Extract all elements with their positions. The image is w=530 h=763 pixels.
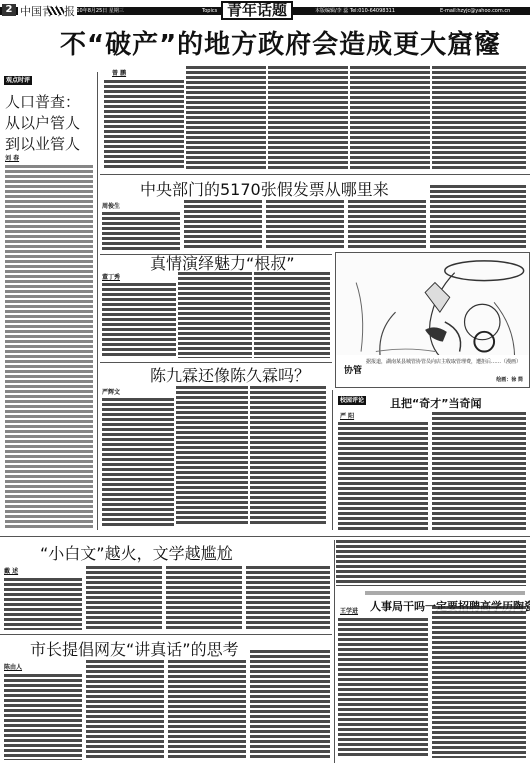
column-divider <box>332 390 333 530</box>
sidebar-title-line: 人口普查： <box>5 92 95 113</box>
sidebar-title-line: 从以户管人 <box>5 113 95 134</box>
masthead: 2 中国青年报 2010年8月25日 星期三 Topics 青年话题 本版编辑/… <box>0 4 530 16</box>
article-headline: “小白文”越火，文学越尴尬 <box>40 544 233 564</box>
sidebar-body <box>5 165 93 530</box>
lead-headline: 不“破产”的地方政府会造成更大窟窿 <box>60 30 530 60</box>
section-divider <box>100 174 530 175</box>
article-body <box>86 660 164 760</box>
article-author: 周俊生 <box>102 203 120 211</box>
article-body <box>168 660 246 760</box>
article-author: 董丁秀 <box>102 274 120 282</box>
sidebar-author: 刘 春 <box>5 155 19 163</box>
lead-body-col1 <box>104 80 184 170</box>
article-body <box>338 618 428 758</box>
column-divider <box>97 72 98 530</box>
column-headline: 且把“奇才”当奇闻 <box>390 397 481 411</box>
sidebar-title-line: 到以业管人 <box>5 134 95 155</box>
decorative-hatch <box>48 7 64 15</box>
lead-body-col2 <box>186 66 266 170</box>
article-author: 陈由人 <box>4 664 22 672</box>
article-headline: 市长提倡网友“讲真话”的思考 <box>30 640 239 660</box>
article-headline: 真情演绎魅力“根叔” <box>150 254 295 274</box>
section-divider <box>0 536 530 537</box>
article-body <box>166 566 242 630</box>
article-author: 戴 述 <box>4 568 18 576</box>
lead-body-col5 <box>432 66 526 170</box>
article-body <box>176 386 248 526</box>
sidebar-title: 人口普查： 从以户管人 到以业管人 <box>5 92 95 155</box>
article-author: 王学进 <box>340 608 358 616</box>
section-divider <box>0 634 332 635</box>
article-headline: 陈九霖还像陈久霖吗？ <box>150 366 310 386</box>
lead-body-col4 <box>350 66 430 170</box>
article-body <box>4 674 82 760</box>
section-divider <box>100 362 332 363</box>
decorative-rule <box>365 591 525 595</box>
column-body <box>338 422 428 530</box>
column-author: 严 阳 <box>340 413 354 421</box>
article-body <box>184 200 262 250</box>
sidebar-tag: 观点时评 <box>4 76 32 85</box>
section-title: 青年话题 <box>221 1 293 20</box>
article-body <box>250 386 326 526</box>
article-body <box>336 540 526 586</box>
cartoon-credit: 绘画：徐 简 <box>496 376 523 383</box>
article-body <box>178 272 252 358</box>
article-body <box>246 566 330 630</box>
article-body <box>4 578 82 630</box>
article-body <box>250 650 330 760</box>
article-author: 严辉文 <box>102 389 120 397</box>
cartoon-caption: 协管 据报道，湖南某县城管协管员向店主收取管理费，遭拒后……（漫画） 绘画：徐 … <box>335 355 530 388</box>
article-body <box>430 185 526 250</box>
article-body <box>348 200 426 250</box>
article-body <box>102 212 180 250</box>
article-body <box>432 606 526 758</box>
cartoon-label: 协管 <box>344 363 362 376</box>
article-body <box>102 283 176 358</box>
article-body <box>102 398 174 526</box>
lead-body-col3 <box>268 66 348 170</box>
column-tag: 校园评论 <box>338 396 366 405</box>
date-line: 2010年8月25日 星期三 <box>70 7 124 15</box>
cartoon-caption-text: 据报道，湖南某县城管协管员向店主收取管理费，遭拒后……（漫画） <box>366 359 524 365</box>
lead-author: 曾 鹏 <box>112 70 126 78</box>
email: E-mail:hzyjc@yahoo.com.cn <box>440 7 510 15</box>
column-body <box>432 412 526 530</box>
article-headline: 中央部门的5170张假发票从哪里来 <box>140 180 389 200</box>
article-body <box>254 272 330 358</box>
article-body <box>86 566 162 630</box>
topic-label: Topics <box>202 7 217 15</box>
article-body <box>266 200 344 250</box>
editor-line: 本版编辑/李 蕊 Tel:010-64098311 <box>315 7 395 15</box>
page-number: 2 <box>2 4 16 16</box>
column-divider <box>334 540 335 763</box>
